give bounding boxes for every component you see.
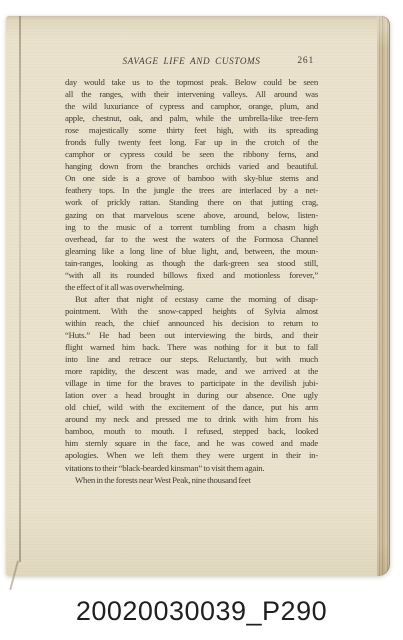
text-line: within reach, the chief announced his de… <box>65 317 318 329</box>
text-line: flight warned him back. There was nothin… <box>65 341 318 353</box>
text-line: around my neck and pressed me to drink w… <box>65 413 318 425</box>
text-line: “with all its rounded billows fixed and … <box>65 269 318 281</box>
text-line: camphor or cypress could be seen the rib… <box>65 148 318 160</box>
text-line: the wild luxuriance of cypress and camph… <box>65 100 318 112</box>
image-id-caption: 20020030039_P290 <box>0 596 403 627</box>
text-line: the effect of it all was overwhelming. <box>65 281 318 293</box>
text-line: rose majestically some thirty feet high,… <box>65 124 318 136</box>
text-line: apple, chestnut, oak, and palm, while th… <box>65 112 318 124</box>
text-line: feathery tops. In the jungle the trees a… <box>65 184 318 196</box>
page-edges-strip <box>377 16 390 576</box>
text-line: fronds fully twenty feet long. Far up in… <box>65 136 318 148</box>
text-line: When in the forests near West Peak, nine… <box>65 474 318 486</box>
page-number: 261 <box>297 56 314 66</box>
text-line: gazing on that marvelous scene above, ar… <box>65 209 318 221</box>
text-line: him sternly square in the face, and he w… <box>65 437 318 449</box>
text-line: into line and retrace our steps. Relucta… <box>65 353 318 365</box>
body-text: day would take us to the topmost peak. B… <box>65 76 318 486</box>
text-line: apologies. When we left them they were u… <box>65 449 318 461</box>
running-title: SAVAGE LIFE AND CUSTOMS <box>65 56 318 66</box>
text-line: But after that night of ecstasy came the… <box>65 293 318 305</box>
text-line: “Huts.” He had been out interviewing the… <box>65 329 318 341</box>
text-line: pointment. With the snow-capped heights … <box>65 305 318 317</box>
text-line: lation over a head brought in during our… <box>65 389 318 401</box>
text-line: vitations to their “black-bearded kinsma… <box>65 462 318 474</box>
text-line: village in time for the braves to partic… <box>65 377 318 389</box>
text-line: overhead, far to the west the waters of … <box>65 233 318 245</box>
text-line: day would take us to the topmost peak. B… <box>65 76 318 88</box>
text-line: hanging down from the branches orchids v… <box>65 160 318 172</box>
text-line: ing to the music of a torrent tumbling f… <box>65 221 318 233</box>
book-page: SAVAGE LIFE AND CUSTOMS 261 day would ta… <box>6 16 390 576</box>
text-line: tain-ranges, looking as though the dark-… <box>65 257 318 269</box>
text-line: bamboo, mouth to mouth. I refused, stepp… <box>65 425 318 437</box>
text-line: work of prickly rattan. Standing there o… <box>65 196 318 208</box>
text-line: all the ranges, with their intervening v… <box>65 88 318 100</box>
page-corner-fold-line <box>9 560 19 589</box>
text-line: old chief, wild with the excitement of t… <box>65 401 318 413</box>
text-line: On one side is a grove of bamboo with sk… <box>65 172 318 184</box>
text-line: more rapidity, the descent was made, and… <box>65 365 318 377</box>
text-line: gleaming like a long line of blue light,… <box>65 245 318 257</box>
page-header: SAVAGE LIFE AND CUSTOMS 261 <box>65 56 318 70</box>
page-gutter-line <box>19 16 21 562</box>
